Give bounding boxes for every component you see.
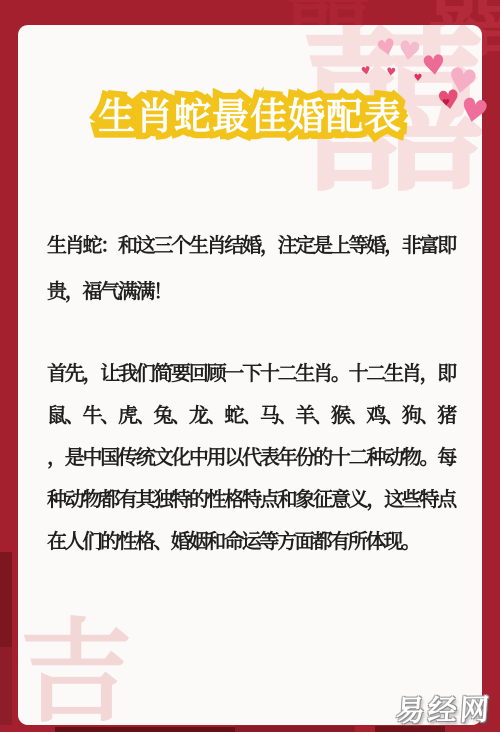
- text-line: 种动物都有其独特的性格特点和象征意义，这些特点: [47, 478, 455, 520]
- frame-shade: [55, 727, 235, 732]
- poster: 囍 囍 囍 吉 生肖蛇最佳婚配表 生肖蛇最佳婚配表 生肖蛇：和这三个生肖结婚，注…: [0, 0, 500, 732]
- text-line: 在人们的性格、婚姻和命运等方面都有所体现。: [47, 520, 455, 562]
- text-line: 首先，让我们简要回顾一下十二生肖。十二生肖，即: [47, 352, 455, 394]
- text-line: ，是中国传统文化中用以代表年份的十二种动物。每: [47, 436, 455, 478]
- intro-paragraph: 生肖蛇：和这三个生肖结婚，注定是上等婚，非富即 贵，福气满满！: [47, 222, 455, 314]
- text-line: 贵，福气满满！: [47, 268, 455, 314]
- text-line: 鼠、牛、虎、兔、龙、蛇、马、羊、猴、鸡、狗、猪: [47, 394, 455, 436]
- luck-char-watermark: 吉: [20, 617, 132, 725]
- page-title-text: 生肖蛇最佳婚配表: [18, 91, 482, 143]
- content-card: 囍 吉 生肖蛇最佳婚配表 生肖蛇最佳婚配表 生肖蛇：和这三个生肖结婚，注定是上等…: [18, 25, 482, 725]
- zodiac-overview-paragraph: 首先，让我们简要回顾一下十二生肖。十二生肖，即 鼠、牛、虎、兔、龙、蛇、马、羊、…: [47, 352, 455, 562]
- frame-shade: [0, 552, 12, 647]
- site-watermark: 易经网: [394, 687, 493, 730]
- frame-shade: [235, 726, 355, 732]
- frame-shade: [0, 647, 12, 725]
- page-title: 生肖蛇最佳婚配表 生肖蛇最佳婚配表: [18, 91, 482, 143]
- text-line: 生肖蛇：和这三个生肖结婚，注定是上等婚，非富即: [47, 222, 455, 268]
